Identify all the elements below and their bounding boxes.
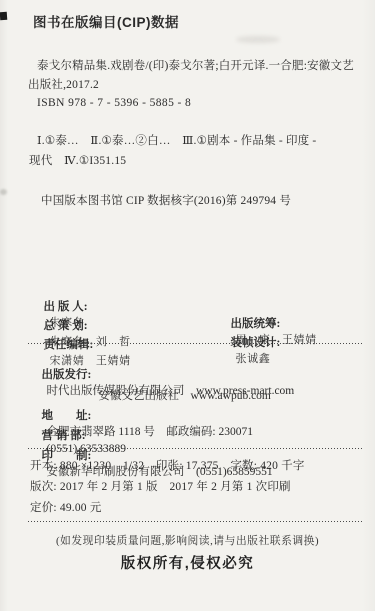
copyright-notice: 版权所有,侵权必究 <box>0 552 375 573</box>
cip-record-line2: 出版社,2017.2 <box>28 78 99 92</box>
printing-row-price: 定价: 49.00 元 <box>30 501 102 515</box>
isbn-line: ISBN 978 - 7 - 5396 - 5885 - 8 <box>37 96 191 110</box>
printing-row-edition: 版次: 2017 年 2 月第 1 版 2017 年 2 月第 1 次印刷 <box>30 480 291 494</box>
cip-classification-line2: 现代 Ⅳ.①I351.15 <box>29 154 126 168</box>
dotted-divider <box>28 342 362 344</box>
printing-row-format: 开本: 880 ×1230 1/32 印张: 17.375 字数: 420 千字 <box>30 459 305 473</box>
book-copyright-page: 图书在版编目(CIP)数据 泰戈尔精品集.戏剧卷/(印)泰戈尔著;白开元译.一合… <box>0 0 375 611</box>
scan-artifact-smudge <box>236 36 280 43</box>
scan-artifact-smudge <box>0 189 7 195</box>
scan-artifact-mark <box>0 12 7 20</box>
dotted-divider <box>28 520 362 522</box>
dotted-divider <box>28 447 362 449</box>
cip-record-line1: 泰戈尔精品集.戏剧卷/(印)泰戈尔著;白开元译.一合肥:安徽文艺 <box>37 59 354 73</box>
cip-header: 图书在版编目(CIP)数据 <box>33 15 179 32</box>
cip-registry-number: 中国版本图书馆 CIP 数据核字(2016)第 249794 号 <box>41 194 291 208</box>
quality-exchange-note: (如发现印装质量问题,影响阅读,请与出版社联系调换) <box>0 533 375 548</box>
staff-label: 责任编辑: <box>44 339 94 351</box>
cip-classification-line1: Ⅰ.①泰… Ⅱ.①泰…②白… Ⅲ.①剧本 - 作品集 - 印度 - <box>37 134 316 148</box>
